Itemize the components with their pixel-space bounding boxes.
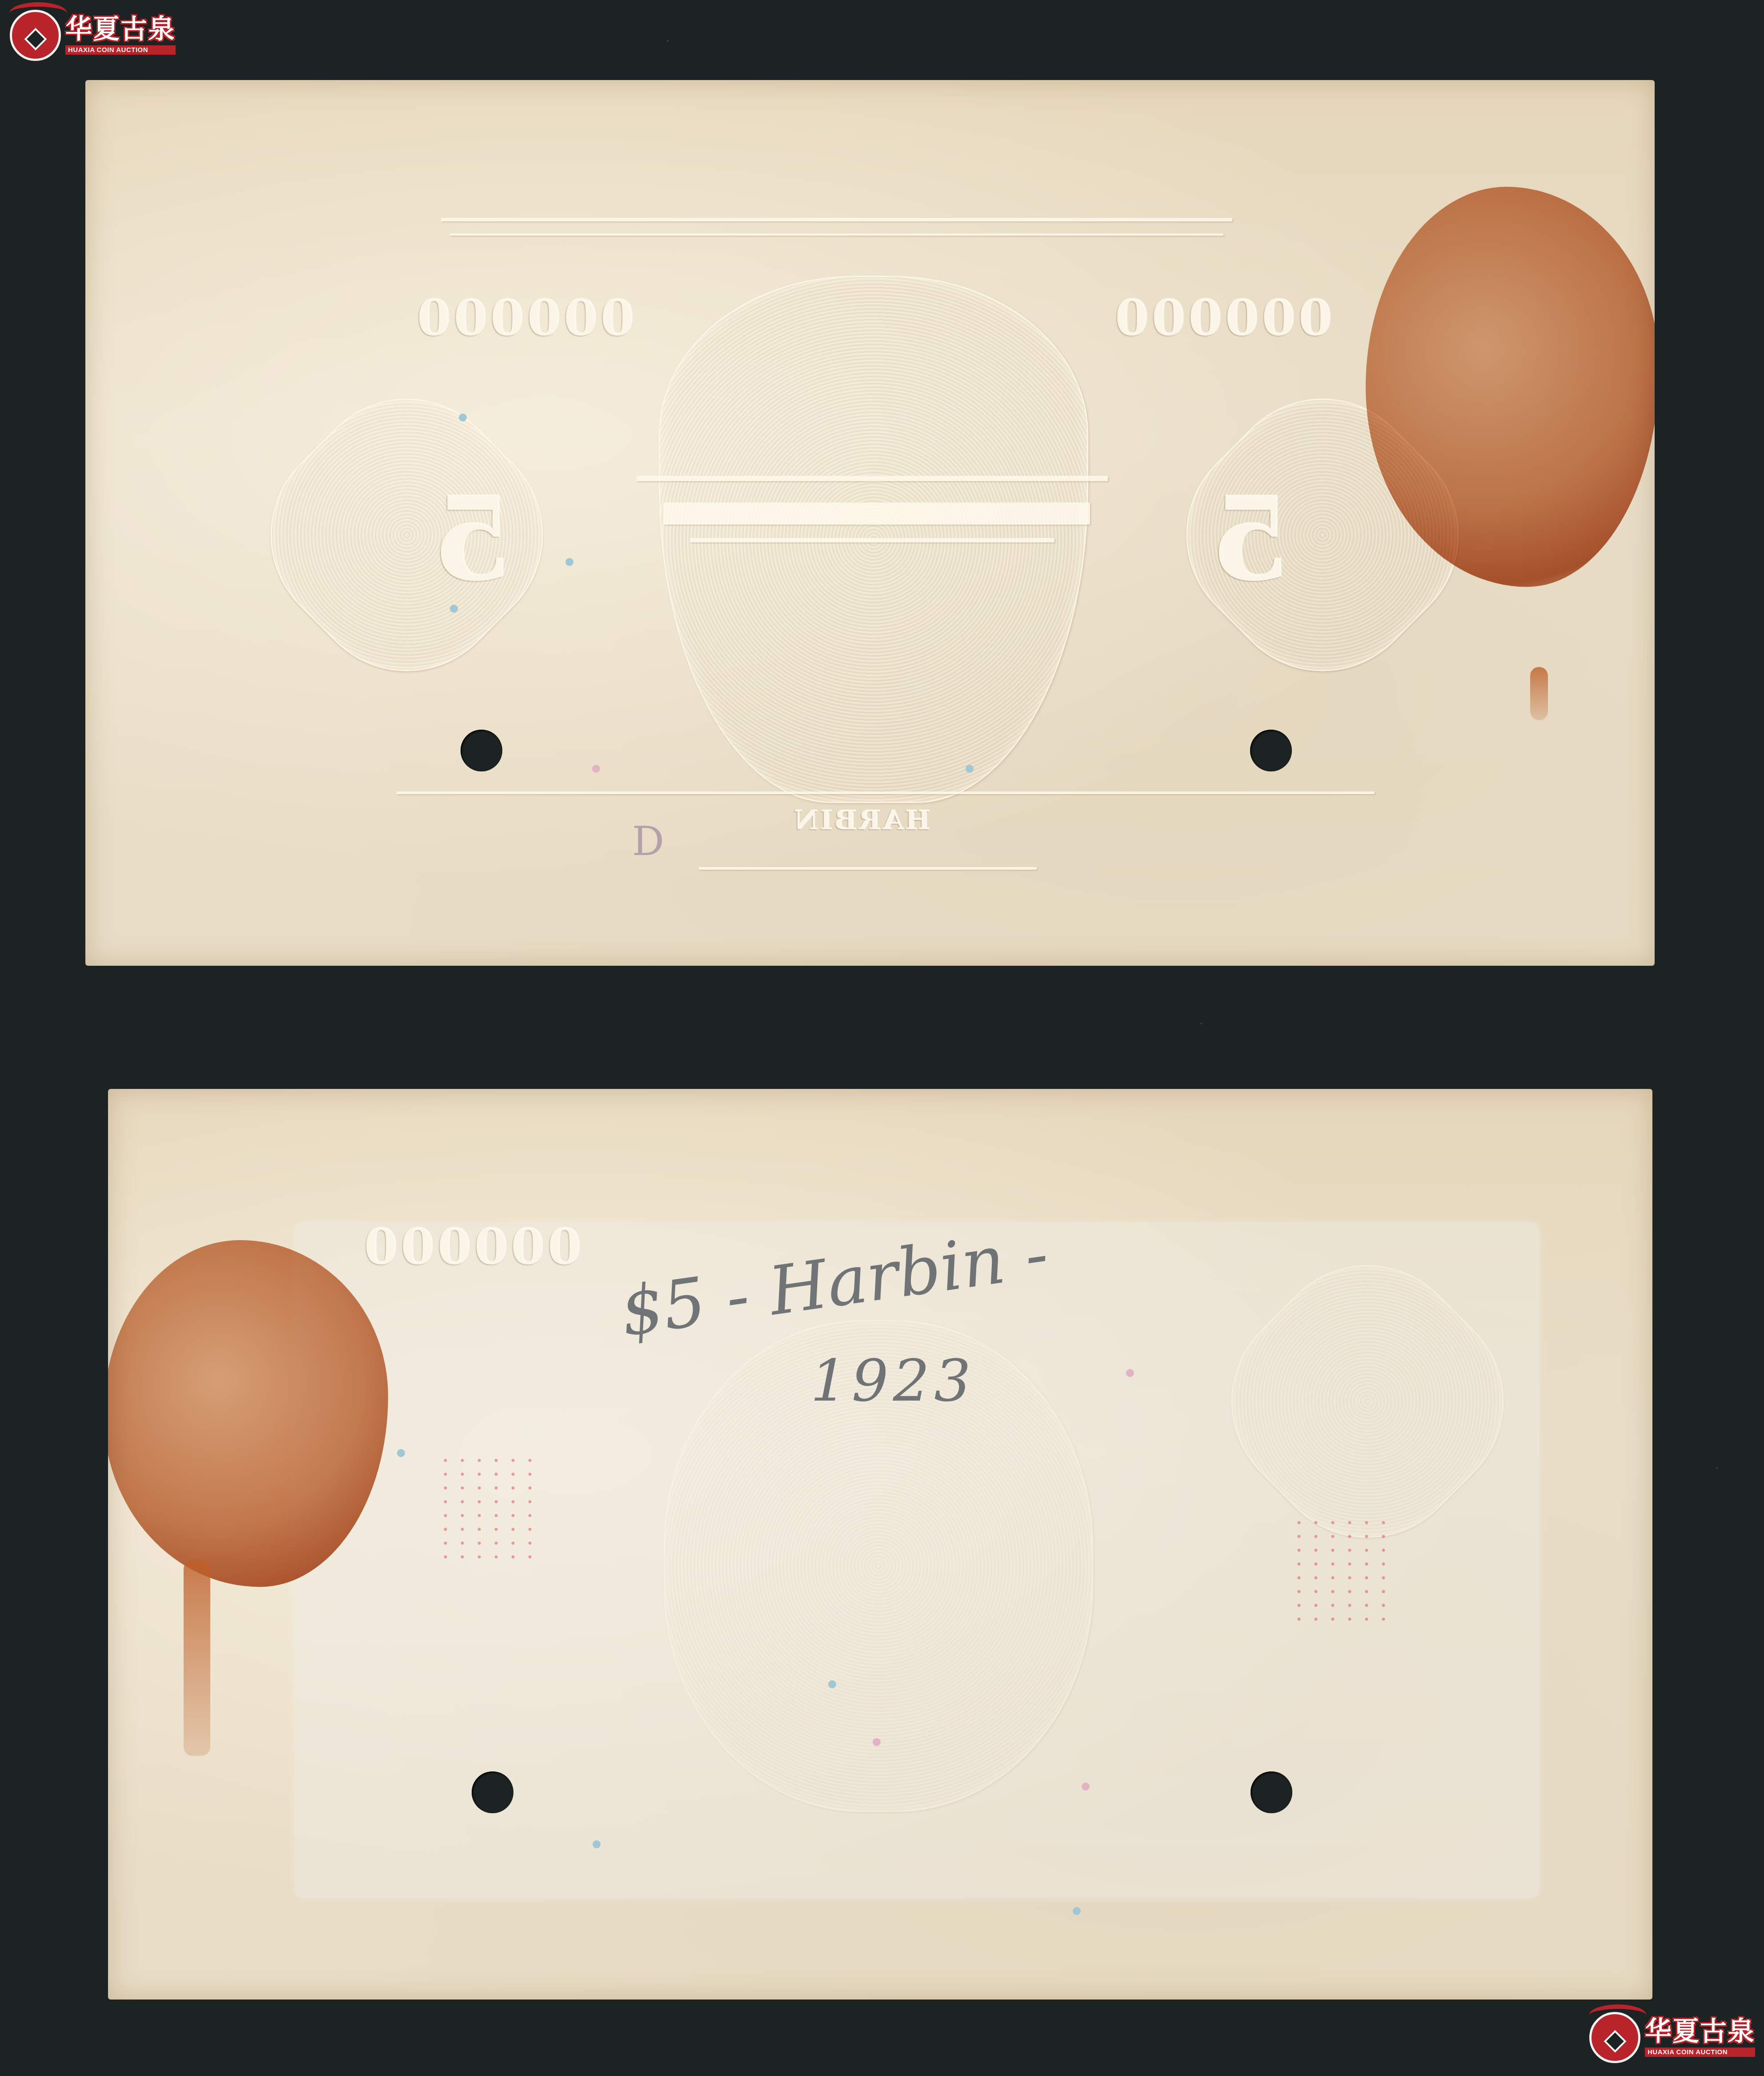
fibre-dot xyxy=(450,605,458,613)
punch-hole-right xyxy=(1250,730,1292,771)
banknote-top: 000000 000000 5 5 HARBIN D xyxy=(85,80,1655,966)
fibre-dot xyxy=(1082,1783,1090,1791)
pencil-annotation-year: 1923 xyxy=(810,1347,975,1414)
purple-ink-mark: D xyxy=(632,818,664,865)
fibre-dot xyxy=(593,1840,601,1848)
coin-emblem-icon xyxy=(1589,2012,1640,2063)
watermark-chinese-name: 华夏古泉 xyxy=(65,16,176,43)
fibre-dot xyxy=(397,1449,405,1457)
embossed-cartouche xyxy=(690,538,1054,542)
punch-hole-left xyxy=(472,1771,513,1813)
rust-stain xyxy=(108,1240,388,1587)
watermark-chinese-name: 华夏古泉 xyxy=(1645,2018,1755,2045)
fibre-dot xyxy=(873,1738,881,1746)
red-print-residue xyxy=(437,1454,535,1569)
embossed-serial-left: 000000 xyxy=(361,1218,581,1275)
dust-speck xyxy=(1200,1023,1202,1024)
embossed-header-band xyxy=(441,218,1232,221)
coin-emblem-icon xyxy=(10,10,61,61)
watermark-logo-bottom-right: 华夏古泉 HUAXIA COIN AUCTION xyxy=(1589,2012,1755,2063)
embossed-serial-right: 000000 xyxy=(1112,289,1332,346)
embossed-footer-band xyxy=(699,867,1037,870)
fibre-dot xyxy=(1126,1369,1134,1377)
embossed-cartouche xyxy=(637,476,1108,481)
embossed-footer-band xyxy=(397,791,1375,794)
punch-hole-right xyxy=(1251,1771,1292,1813)
embossed-denomination-left: 5 xyxy=(432,471,513,607)
fibre-dot xyxy=(565,558,573,566)
watermark-english-name: HUAXIA COIN AUCTION xyxy=(1645,2048,1755,2057)
fibre-dot xyxy=(459,414,467,422)
rust-drip xyxy=(1530,667,1548,720)
watermark-logo-top-left: 华夏古泉 HUAXIA COIN AUCTION xyxy=(10,10,176,61)
punch-hole-left xyxy=(461,730,502,771)
embossed-header-band xyxy=(450,233,1223,236)
banknote-bottom: 000000 $5 - Harbin - 1923 xyxy=(108,1089,1652,2000)
embossed-serial-left: 000000 xyxy=(414,289,634,346)
left-guilloche-rosette xyxy=(229,357,585,713)
rust-drip xyxy=(184,1560,210,1756)
red-print-residue xyxy=(1291,1516,1388,1631)
fibre-dot xyxy=(1073,1907,1081,1915)
dust-speck xyxy=(1716,1467,1718,1469)
embossed-city-name: HARBIN xyxy=(792,805,930,836)
dust-speck xyxy=(667,40,669,42)
watermark-english-name: HUAXIA COIN AUCTION xyxy=(65,45,176,55)
fibre-dot xyxy=(966,765,974,773)
fibre-dot xyxy=(592,765,600,773)
embossed-denomination-right: 5 xyxy=(1210,471,1291,607)
fibre-dot xyxy=(828,1680,836,1688)
embossed-cartouche xyxy=(663,502,1090,525)
